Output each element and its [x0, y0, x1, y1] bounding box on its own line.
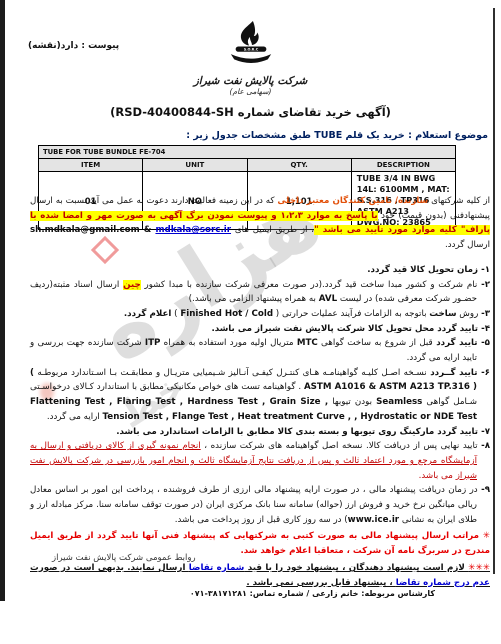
clause-number: ۸- — [481, 441, 490, 451]
clause-1: ۱- زمان تحویل کالا قید گردد. — [30, 263, 490, 278]
clause-8: ۸- تایید نهایی پس از دریافت کالا. نسخه ا… — [30, 439, 490, 483]
finished-hot-cold-code: Finished Hot / Cold — [180, 309, 273, 319]
footer-phone-number: ۰۷۱-۳۸۱۷۱۲۸۱ — [190, 589, 247, 598]
intro-text-3: ، از طریق ایمیل های — [231, 225, 314, 235]
clause-text: به همراه پیشنهاد الزامی می باشد.) — [189, 294, 319, 304]
clause-9: ۹- در زمان دریافت پیشنهاد مالی ، در صورت… — [30, 483, 490, 527]
col-header-qty: QTY. — [247, 159, 351, 172]
clause-text: روش — [457, 309, 482, 319]
clause-text: ارایه می گردد. — [47, 412, 103, 422]
clause-number: ۹- — [481, 485, 490, 495]
intro-supplier-emphasis: سازنده/ تامین کنندگان معتبر داخلی — [277, 196, 428, 206]
subject-label: موضوع استعلام : — [408, 130, 488, 141]
star-bullet-icon: ✳ — [483, 531, 490, 541]
col-header-item: ITEM — [39, 159, 143, 172]
clause-6: ۶- تایید گــردد نسـخه اصـل کلیـه گواهینا… — [30, 366, 490, 425]
clause-7: ۷- تایید گردد مارکینگ روی تیوبها و بسته … — [30, 425, 490, 440]
triple-star-bullet-icon: ✳✳✳ — [468, 563, 490, 573]
clause-5: ۵- تایید گردد قبل از شروع به ساخت گواهی … — [30, 336, 490, 365]
logo-sorc-text: S.O.R.C — [243, 48, 258, 52]
intro-text-4: ارسال گردد. — [445, 240, 490, 250]
logo-company-name: شرکت پالایش نفت شیراز — [181, 75, 321, 87]
gmail-email-link[interactable]: sh.mdkala@gmail.com — [30, 225, 140, 235]
clause-bold: تایید گردد — [433, 338, 481, 348]
clause-text: تایید گردد محل تحویل کالا شرکت پالایش نف… — [211, 324, 481, 334]
clause-number: ۷- — [481, 427, 490, 437]
ice-ir-url[interactable]: www.ice.ir — [348, 515, 399, 525]
clause-text: زمان تحویل کالا قید گردد. — [367, 265, 481, 275]
clause-bold: ساخت — [429, 309, 456, 319]
demand-number-blue: شماره تقاضا — [189, 563, 245, 573]
col-header-description: DESCRIPTION — [351, 159, 455, 172]
page-title: (آگهی خرید تقاضای شماره RSD-40400844-SH) — [0, 105, 501, 119]
public-relations-signature: روابط عمومی شرکت پالایش نفت شیراز — [52, 553, 196, 563]
clause-number: ۴- — [481, 324, 490, 334]
intro-paragraph: از کلیه شرکتهای سازنده/ تامین کنندگان مع… — [30, 194, 490, 253]
mtc-code: MTC — [297, 338, 318, 348]
clause-number: ۵- — [481, 338, 490, 348]
footer-contact-line: کارشناس مربوطه: خانم زارعی / شماره تماس:… — [190, 589, 435, 598]
scan-border-left — [0, 0, 5, 601]
logo-company-type: (سهامی عام) — [181, 87, 321, 96]
no-demand-number-blue: عدم درج شماره تقاضا — [396, 578, 490, 588]
note-text: لازم است پیشنهاد دهندگان ، پیشنهاد خود ر… — [244, 563, 468, 573]
clause-text: ) — [171, 309, 180, 319]
clause-text: قبل از شروع به ساخت گواهی — [318, 338, 433, 348]
clause-red: می باشد. — [419, 471, 456, 481]
clause-bold: مارکینگ روی تیوبها و بسته بندی کالا مطاب… — [116, 427, 434, 437]
itp-code: ITP — [145, 338, 161, 348]
col-header-unit: UNIT — [143, 159, 247, 172]
clause-bold: اعلام گردد. — [124, 309, 172, 319]
seamless-code: Seamless — [376, 397, 422, 407]
clause-number: ۳- — [481, 309, 490, 319]
clause-text: نسـخه اصـل کلیـه گواهینامـه هـای کنتـرل … — [34, 368, 427, 378]
clause-3: ۳- روش ساخت باتوجه به الزامات فرآیند عمل… — [30, 307, 490, 322]
company-logo: S.O.R.C شرکت پالایش نفت شیراز (سهامی عام… — [181, 20, 321, 96]
subject-text-after: طبق مشخصات جدول زیر : — [186, 130, 314, 141]
note-text: ، پیشنهاد قابل بررسی نمی باشد . — [246, 578, 395, 588]
scanned-document-page: هزاره خط پیوست : دارد(نقشه) S.O.R.C شرکت… — [0, 0, 501, 644]
clause-4: ۴- تایید گردد محل تحویل کالا شرکت پالایش… — [30, 322, 490, 337]
clause-text: متریال اولیه مورد استفاده به همراه — [160, 338, 296, 348]
clause-text: باتوجه به الزامات فرآیند عملیات حرارتی ( — [273, 309, 429, 319]
clause-text: بودن تیوبها — [328, 397, 376, 407]
clause-bold: تایید گــردد — [427, 368, 481, 378]
note-text: ارسال نمایند. بدیهی است در صورت — [30, 563, 189, 573]
attachment-note: پیوست : دارد(نقشه) — [28, 41, 119, 51]
flame-boat-emblem-icon: S.O.R.C — [227, 55, 275, 74]
clause-text: تایید نهایی پس از دریافت کالا. نسخه اصل … — [201, 441, 481, 451]
scan-border-right — [493, 8, 495, 574]
subject-text: خرید یک قلم — [342, 130, 408, 141]
clause-number: ۶- — [481, 368, 490, 378]
clause-bold: تایید گردد — [434, 427, 481, 437]
clause-text: نام شرکت و کشور مبدا ساخت قید گردد.(در ص… — [141, 280, 481, 290]
clause-number: ۲- — [481, 280, 490, 290]
table-header-row: ITEM UNIT QTY. DESCRIPTION — [39, 159, 456, 172]
avl-code: AVL — [319, 294, 337, 304]
china-highlight: چین — [123, 280, 141, 290]
inquiry-subject-line: موضوع استعلام : خرید یک قلم TUBE طبق مشخ… — [186, 130, 488, 141]
clause-text: ) در سه روز کاری قبل از روز پرداخت می با… — [175, 515, 348, 525]
demand-number-note: ✳✳✳ لازم است پیشنهاد دهندگان ، پیشنهاد خ… — [30, 561, 490, 590]
sorc-email-link[interactable]: mdkala@sorc.ir — [155, 225, 231, 235]
subject-item-code: TUBE — [314, 130, 342, 141]
intro-text: از کلیه شرکتهای — [428, 196, 490, 206]
ampersand: & — [140, 225, 156, 235]
table-caption: TUBE FOR TUBE BUNDLE FE-704 — [39, 146, 456, 159]
footer-expert-text: کارشناس مربوطه: خانم زارعی / شماره تماس: — [247, 589, 435, 598]
clause-2: ۲- نام شرکت و کشور مبدا ساخت قید گردد.(د… — [30, 278, 490, 307]
document-body: از کلیه شرکتهای سازنده/ تامین کنندگان مع… — [30, 194, 490, 590]
clause-number: ۱- — [481, 265, 490, 275]
